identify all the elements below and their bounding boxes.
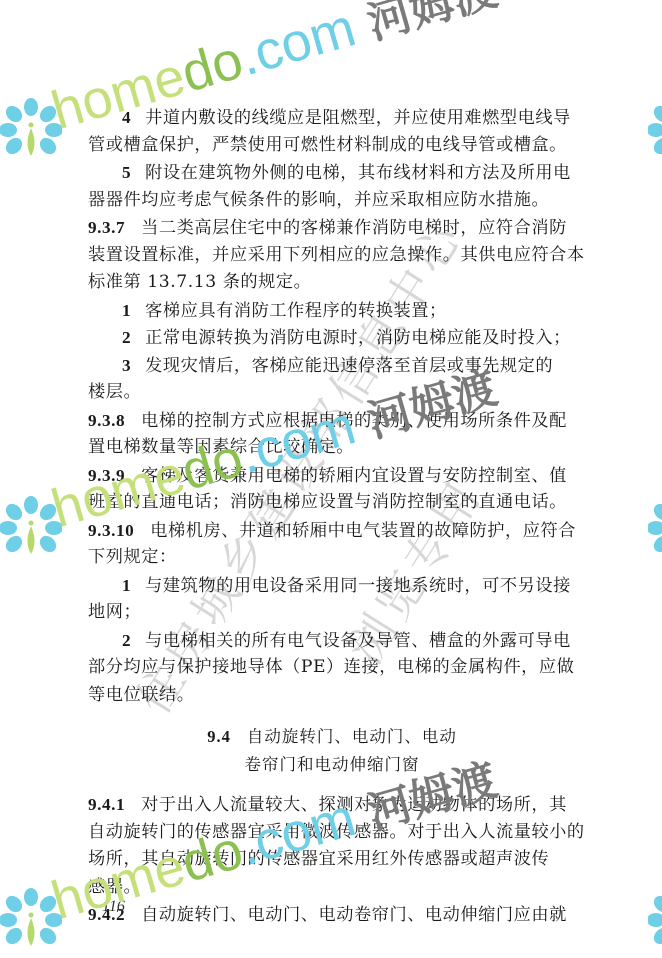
paragraph-text: 发现灾情后，客梯应能迅速停落至首层或事先规定的	[145, 356, 553, 376]
item-number: 3	[122, 356, 131, 375]
paragraph-continuation: 置电梯数量等因素综合比较确定。	[88, 434, 576, 462]
list-item: 2与电梯相关的所有电气设备及导管、槽盒的外露可导电	[88, 627, 576, 655]
section-heading: 9.4自动旋转门、电动门、电动卷帘门和电动伸缩门窗	[88, 723, 576, 779]
paragraph-continuation: 下列规定：	[88, 544, 576, 572]
clause-paragraph: 9.4.1对于出入人流量较大、探测对象为运动物体的场所，其	[88, 791, 576, 819]
item-number: 2	[122, 328, 131, 347]
paragraph-continuation: 器器件均应考虑气候条件的影响，并应采取相应防水措施。	[88, 187, 576, 215]
list-item: 2正常电源转换为消防电源时，消防电梯应能及时投入；	[88, 324, 576, 352]
paragraph-continuation: 感器。	[88, 874, 576, 902]
flower-logo-partial-icon	[648, 98, 662, 160]
paragraph-continuation: 部分均应与保护接地导体（PE）连接，电梯的金属构件，应做	[88, 654, 576, 682]
item-number: 5	[122, 163, 131, 182]
flower-logo-icon	[0, 888, 62, 950]
paragraph-continuation: 标准第 13.7.13 条的规定。	[88, 269, 576, 297]
item-number: 4	[122, 108, 131, 127]
section-title-text: 自动旋转门、电动门、电动	[247, 727, 457, 746]
document-page: 住房城乡建设部信息中心 浏览专用 4井道内敷设的线缆应是阻燃型，并应使用难燃型电…	[0, 0, 662, 958]
paragraph-continuation: 自动旋转门的传感器宜采用微波传感器。对于出入人流量较小的	[88, 819, 576, 847]
clause-paragraph: 9.3.8电梯的控制方式应根据电梯的类别、使用场所条件及配	[88, 407, 576, 435]
paragraph-text: 附设在建筑物外侧的电梯，其布线材料和方法及所用电	[145, 163, 571, 183]
paragraph-text: 当二类高层住宅中的客梯兼作消防电梯时，应符合消防	[141, 218, 567, 238]
list-item: 3发现灾情后，客梯应能迅速停落至首层或事先规定的	[88, 352, 576, 380]
paragraph-continuation: 楼层。	[88, 379, 576, 407]
clause-number: 9.3.8	[88, 411, 125, 430]
clause-paragraph: 9.3.10电梯机房、井道和轿厢中电气装置的故障防护，应符合	[88, 517, 576, 545]
paragraph-text: 对于出入人流量较大、探测对象为运动物体的场所，其	[141, 795, 567, 815]
paragraph-continuation: 场所，其自动旋转门的传感器宜采用红外传感器或超声波传	[88, 846, 576, 874]
paragraph-text: 客梯应具有消防工作程序的转换装置；	[145, 301, 447, 321]
clause-number: 9.3.10	[88, 521, 134, 540]
paragraph-continuation: 装置设置标准，并应采用下列相应的应急操作。其供电应符合本	[88, 242, 576, 270]
clause-paragraph: 9.3.7当二类高层住宅中的客梯兼作消防电梯时，应符合消防	[88, 214, 576, 242]
flower-logo-icon	[0, 98, 62, 160]
item-number: 1	[122, 576, 131, 595]
paragraph-text: 与电梯相关的所有电气设备及导管、槽盒的外露可导电	[145, 631, 571, 651]
paragraph-text: 自动旋转门、电动门、电动卷帘门、电动伸缩门应由就	[141, 905, 567, 925]
clause-paragraph: 9.3.9客梯及客货兼用电梯的轿厢内宜设置与安防控制室、值	[88, 462, 576, 490]
clause-number: 9.4.1	[88, 795, 125, 814]
list-item: 5附设在建筑物外侧的电梯，其布线材料和方法及所用电	[88, 159, 576, 187]
item-number: 1	[122, 301, 131, 320]
section-heading-line1: 9.4自动旋转门、电动门、电动	[88, 723, 576, 751]
spacer	[88, 779, 576, 791]
clause-number: 9.3.7	[88, 218, 125, 237]
paragraph-continuation: 地网；	[88, 599, 576, 627]
paragraph-text: 客梯及客货兼用电梯的轿厢内宜设置与安防控制室、值	[141, 466, 567, 486]
paragraph-continuation: 等电位联结。	[88, 682, 576, 710]
flower-logo-partial-icon	[648, 888, 662, 950]
item-number: 2	[122, 631, 131, 650]
paragraph-continuation: 管或槽盒保护，严禁使用可燃性材料制成的电线导管或槽盒。	[88, 132, 576, 160]
list-item: 1客梯应具有消防工作程序的转换装置；	[88, 297, 576, 325]
section-heading-line2: 卷帘门和电动伸缩门窗	[88, 751, 576, 779]
paragraph-text: 电梯的控制方式应根据电梯的类别、使用场所条件及配	[141, 411, 567, 431]
section-number: 9.4	[207, 727, 231, 746]
flower-logo-icon	[0, 496, 62, 558]
list-item: 4井道内敷设的线缆应是阻燃型，并应使用难燃型电线导	[88, 104, 576, 132]
page-number: 116	[102, 898, 125, 916]
spacer	[88, 709, 576, 723]
paragraph-continuation: 班室的直通电话；消防电梯应设置与消防控制室的直通电话。	[88, 489, 576, 517]
clause-paragraph: 9.4.2自动旋转门、电动门、电动卷帘门、电动伸缩门应由就	[88, 901, 576, 929]
paragraph-text: 与建筑物的用电设备采用同一接地系统时，可不另设接	[145, 576, 571, 596]
paragraph-text: 正常电源转换为消防电源时，消防电梯应能及时投入；	[145, 328, 571, 348]
flower-logo-partial-icon	[648, 496, 662, 558]
list-item: 1与建筑物的用电设备采用同一接地系统时，可不另设接	[88, 572, 576, 600]
paragraph-text: 电梯机房、井道和轿厢中电气装置的故障防护，应符合	[150, 521, 576, 541]
document-body: 4井道内敷设的线缆应是阻燃型，并应使用难燃型电线导管或槽盒保护，严禁使用可燃性材…	[88, 104, 576, 929]
clause-number: 9.3.9	[88, 466, 125, 485]
paragraph-text: 井道内敷设的线缆应是阻燃型，并应使用难燃型电线导	[145, 108, 571, 128]
